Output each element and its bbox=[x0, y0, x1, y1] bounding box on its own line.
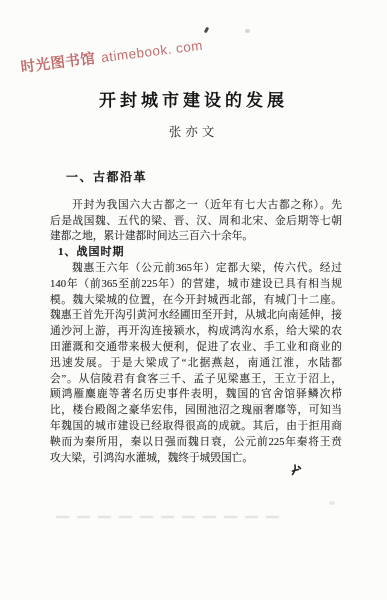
watermark-site-text: atimebook. com bbox=[100, 38, 203, 65]
text-line: 开封为我国六大古都之一（近年有七大古都之称）。先 bbox=[50, 198, 342, 214]
scan-speck-dark bbox=[204, 27, 209, 34]
text-line: 鞅而为秦所用，秦以日强而魏日衰，公元前225年秦将王贲 bbox=[50, 435, 342, 451]
article-body: 一、古都沿革 开封为我国六大古都之一（近年有七大古都之称）。先后是战国魏、五代的… bbox=[50, 170, 342, 466]
intro-paragraph: 开封为我国六大古都之一（近年有七大古都之称）。先后是战国魏、五代的梁、晋、汉、周… bbox=[50, 198, 342, 245]
text-line: 通沙河上游，再开沟连接颍水，构成鸿沟水系，给大梁的农 bbox=[50, 324, 342, 340]
text-line: 魏惠王六年（公元前365年）定都大梁，传六代。经过 bbox=[50, 261, 342, 277]
text-line: 迅速发展。于是大梁成了“北据燕赵，南通江淮，水陆都 bbox=[50, 356, 342, 372]
author-name: 张亦文 bbox=[0, 122, 387, 140]
watermark-chinese-text: 时光图书馆 bbox=[20, 51, 96, 76]
text-line: 年魏国的城市建设已经取得很高的成就。其后，由于拒用商 bbox=[50, 419, 342, 435]
text-line: 建都之地，累计建都时间达三百六十余年。 bbox=[50, 229, 342, 245]
subsection-heading: 1、战国时期 bbox=[50, 245, 342, 261]
show-through-dashes bbox=[56, 516, 282, 518]
text-line: 顾鸿雁麋鹿等著名历史事件表明，魏国的官舍馆驿鳞次栉 bbox=[50, 387, 342, 403]
text-line: 后是战国魏、五代的梁、晋、汉、周和北宋、金后期等七朝 bbox=[50, 214, 342, 230]
page-title: 开封城市建设的发展 bbox=[0, 86, 387, 111]
section-heading: 一、古都沿革 bbox=[50, 170, 342, 186]
library-watermark: 时光图书馆atimebook. com bbox=[19, 34, 203, 77]
text-line: 魏惠王首先开沟引黄河水经圃田至开封，从城北向南延伸，接 bbox=[50, 308, 342, 324]
scan-speck-light bbox=[245, 29, 250, 33]
scanned-book-page: 时光图书馆atimebook. com 开封城市建设的发展 张亦文 一、古都沿革… bbox=[0, 0, 387, 600]
text-line: 田灌溉和交通带来极大便利，促进了农业、手工业和商业的 bbox=[50, 340, 342, 356]
scan-speck-faint bbox=[329, 501, 335, 505]
handwritten-ink-mark bbox=[291, 464, 302, 476]
warring-states-paragraph: 魏惠王六年（公元前365年）定都大梁，传六代。经过140年（前365至前225年… bbox=[50, 261, 342, 466]
text-line: 140年（前365至前225年）的营建，城市建设已具有相当规 bbox=[50, 277, 342, 293]
text-line: 模。魏大梁城的位置，在今开封城西北部，有城门十二座。 bbox=[50, 293, 342, 309]
text-line: 比，楼台殿阁之豪华宏伟，园囿池沼之瑰丽奢靡等，可知当 bbox=[50, 403, 342, 419]
text-line: 会”。从信陵君有食客三千、孟子见梁惠王，王立于沼上， bbox=[50, 372, 342, 388]
